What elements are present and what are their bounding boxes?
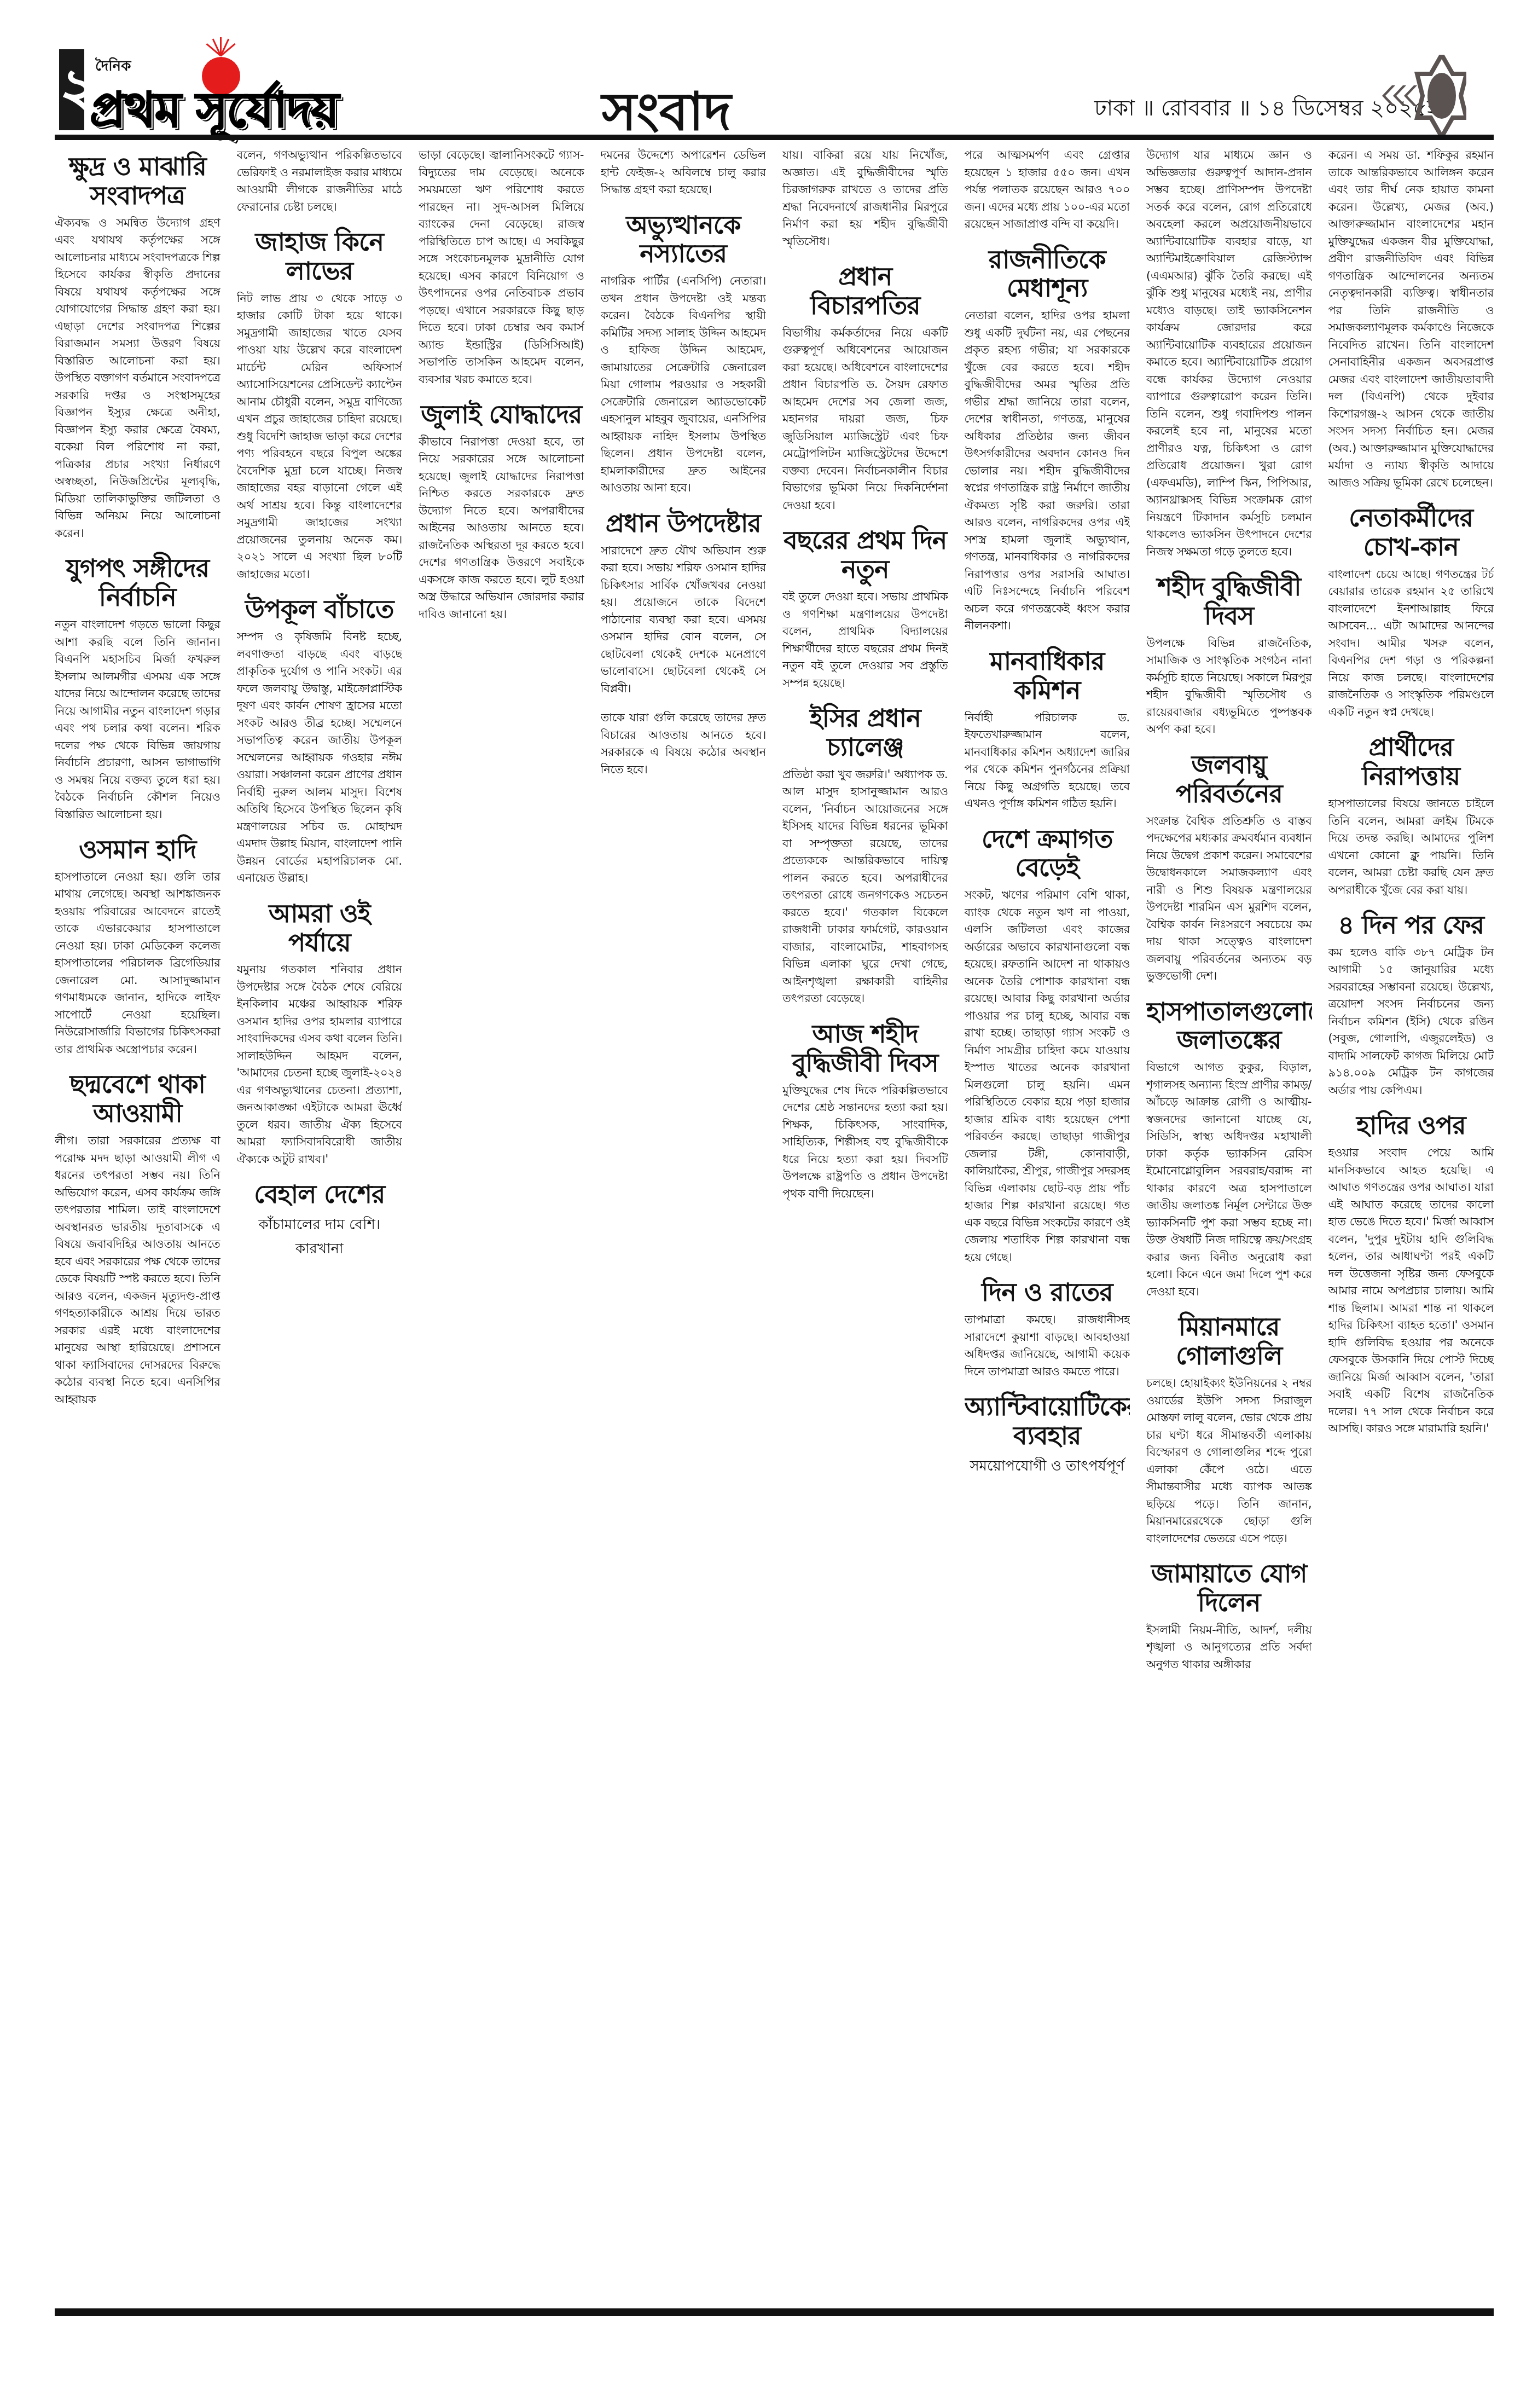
newspaper-page: ২ দৈনিক প্রথম সূর্যোদয় সংবাদ ঢাকা ॥ রোব… bbox=[55, 0, 1494, 2408]
story-body: মুক্তিযুদ্ধের শেষ দিকে পরিকল্পিতভাবে দেশ… bbox=[782, 1082, 948, 1203]
story: প্রধান বিচারপতির বিভাগীয় কর্মকর্তাদের ন… bbox=[782, 262, 948, 514]
story-body: সংকট, ঋণের পরিমাণ বেশি থাকা, ব্যাংক থেকে… bbox=[965, 887, 1130, 1266]
story-body: নতুন বাংলাদেশ গড়তে ভালো কিছুর আশা করছি … bbox=[55, 616, 220, 823]
story: হাসপাতালগুলোতে জলাতঙ্কের বিভাগে আগত কুকু… bbox=[1146, 997, 1312, 1301]
column-6: পরে আত্মসমর্পণ এবং গ্রেপ্তার হয়েছেন ১ হ… bbox=[965, 147, 1130, 2306]
article-columns: ক্ষুদ্র ও মাঝারি সংবাদপত্র ঐক্যবদ্ধ ও সম… bbox=[55, 147, 1494, 2306]
headline: শহীদ বুদ্ধিজীবী দিবস bbox=[1146, 572, 1312, 630]
masthead: ২ দৈনিক প্রথম সূর্যোদয় সংবাদ ঢাকা ॥ রোব… bbox=[55, 49, 1494, 131]
story: রাজনীতিকে মেধাশূন্য নেতারা বলেন, হাদির ও… bbox=[965, 245, 1130, 635]
story-body: ইসলামী নিয়ম-নীতি, আদর্শ, দলীয় শৃঙ্খলা … bbox=[1146, 1622, 1312, 1674]
story-body: ঐক্যবদ্ধ ও সমন্বিত উদ্যোগ গ্রহণ এবং যথায… bbox=[55, 215, 220, 542]
story-body: বাংলাদেশ চেয়ে আছে। গণতন্ত্রের টর্চ বেয়… bbox=[1328, 566, 1494, 721]
story-body: নিট লাভ প্রায় ৩ থেকে সাড়ে ৩ হাজার কোটি… bbox=[237, 290, 403, 583]
story-body: সারাদেশে দ্রুত যৌথ অভিযান শুরু করা হবে। … bbox=[601, 542, 767, 698]
story: যুগপৎ সঙ্গীদের নির্বাচনি নতুন বাংলাদেশ গ… bbox=[55, 554, 220, 823]
story-body: বই তুলে দেওয়া হবে। সভায় প্রাথমিক ও গণশ… bbox=[782, 588, 948, 692]
headline: জলবায়ু পরিবর্তনের bbox=[1146, 750, 1312, 808]
story: নেতাকর্মীদের চোখ-কান বাংলাদেশ চেয়ে আছে।… bbox=[1328, 503, 1494, 721]
story-body: হাসপাতালের বিষয়ে জানতে চাইলে তিনি বলেন,… bbox=[1328, 795, 1494, 899]
story: বেহাল দেশের কাঁচামালের দাম বেশি। কারখানা bbox=[237, 1180, 403, 1261]
column-7: উদ্যোগ যার মাধ্যমে জ্ঞান ও অভিজ্ঞতার গুর… bbox=[1146, 147, 1312, 2306]
column-5: যায়। বাকিরা রয়ে যায় নিখোঁজ, অজ্ঞাত। এ… bbox=[782, 147, 948, 2306]
headline: দিন ও রাতের bbox=[965, 1278, 1130, 1307]
story-body: কম হলেও বাকি ৩৮৭ মেট্রিক টন আগামী ১৫ জান… bbox=[1328, 944, 1494, 1099]
story: জলবায়ু পরিবর্তনের সংক্রান্ত বৈশ্বিক প্র… bbox=[1146, 750, 1312, 985]
story: জুলাই যোদ্ধাদের কীভাবে নিরাপত্তা দেওয়া … bbox=[419, 400, 584, 623]
story: ছদ্মবেশে থাকা আওয়ামী লীগ। তারা সরকারের … bbox=[55, 1070, 220, 1408]
story-body: প্রতিষ্ঠা করা খুব জরুরি।' অধ্যাপক ড. আল … bbox=[782, 766, 948, 1008]
headline: প্রার্থীদের নিরাপত্তায় bbox=[1328, 733, 1494, 791]
story-body: হাসপাতালে নেওয়া হয়। গুলি তার মাথায় লে… bbox=[55, 869, 220, 1058]
headline: রাজনীতিকে মেধাশূন্য bbox=[965, 245, 1130, 303]
story: জাহাজ কিনে লাভের নিট লাভ প্রায় ৩ থেকে স… bbox=[237, 228, 403, 583]
headline: আমরা ওই পর্যায়ে bbox=[237, 899, 403, 957]
story-body: বলেন, গণঅভ্যুত্থান পরিকল্পিতভাবে ভেরিফাই… bbox=[237, 147, 403, 216]
headline: দেশে ক্রমাগত বেড়েই bbox=[965, 825, 1130, 883]
headline: মানবাধিকার কমিশন bbox=[965, 647, 1130, 705]
story: ক্ষুদ্র ও মাঝারি সংবাদপত্র ঐক্যবদ্ধ ও সম… bbox=[55, 152, 220, 542]
column-4: দমনের উদ্দেশ্যে অপারেশন ডেভিল হান্ট ফেইজ… bbox=[601, 147, 767, 2306]
story-continuation: ভাড়া বেড়েছে। জ্বালানিসংকটে গ্যাস-বিদ্য… bbox=[419, 147, 584, 388]
page-number: ২ bbox=[59, 49, 84, 130]
story-body: বিভাগীয় কর্মকর্তাদের নিয়ে একটি গুরুত্ব… bbox=[782, 325, 948, 514]
story-body: করেন। এ সময় ডা. শফিকুর রহমান তাকে আন্তর… bbox=[1328, 147, 1494, 491]
story: প্রার্থীদের নিরাপত্তায় হাসপাতালের বিষয়… bbox=[1328, 733, 1494, 899]
headline: ৪ দিন পর ফের bbox=[1328, 911, 1494, 940]
story: হাদির ওপর হওয়ার সংবাদ পেয়ে আমি মানসিকভ… bbox=[1328, 1111, 1494, 1437]
story-body: তাপমাত্রা কমছে। রাজধানীসহ সারাদেশে কুয়া… bbox=[965, 1311, 1130, 1380]
story: মিয়ানমারে গোলাগুলি চলছে। হোয়াইক্যং ইউন… bbox=[1146, 1312, 1312, 1547]
headline: বছরের প্রথম দিন নতুন bbox=[782, 526, 948, 584]
headline: নেতাকর্মীদের চোখ-কান bbox=[1328, 503, 1494, 562]
headline: উপকূল বাঁচাতে bbox=[237, 595, 403, 624]
story: ৪ দিন পর ফের কম হলেও বাকি ৩৮৭ মেট্রিক টন… bbox=[1328, 911, 1494, 1099]
story-body: তাকে যারা গুলি করেছে তাদের দ্রুত বিচারের… bbox=[601, 709, 767, 778]
story: অ্যান্টিবায়োটিকের ব্যবহার সময়োপযোগী ও … bbox=[965, 1392, 1130, 1479]
story: মানবাধিকার কমিশন নির্বাহী পরিচালক ড. ইফত… bbox=[965, 647, 1130, 813]
story: ওসমান হাদি হাসপাতালে নেওয়া হয়। গুলি তা… bbox=[55, 835, 220, 1058]
story-body: নির্বাহী পরিচালক ড. ইফতেখারুজ্জামান বলেন… bbox=[965, 709, 1130, 813]
story-continuation: পরে আত্মসমর্পণ এবং গ্রেপ্তার হয়েছেন ১ হ… bbox=[965, 147, 1130, 233]
story-body: নেতারা বলেন, হাদির ওপর হামলা শুধু একটি দ… bbox=[965, 307, 1130, 635]
story: জামায়াতে যোগ দিলেন ইসলামী নিয়ম-নীতি, আ… bbox=[1146, 1559, 1312, 1673]
headline: প্রধান বিচারপতির bbox=[782, 262, 948, 320]
story-subline: সময়োপযোগী ও তাৎপর্যপূর্ণ bbox=[965, 1455, 1130, 1479]
header-rule bbox=[55, 135, 1494, 140]
headline: জুলাই যোদ্ধাদের bbox=[419, 400, 584, 429]
story-continuation: দমনের উদ্দেশ্যে অপারেশন ডেভিল হান্ট ফেইজ… bbox=[601, 147, 767, 199]
headline: মিয়ানমারে গোলাগুলি bbox=[1146, 1312, 1312, 1370]
story: অভ্যুত্থানকে নস্যাতের নাগরিক পার্টির (এন… bbox=[601, 211, 767, 497]
column-8: করেন। এ সময় ডা. শফিকুর রহমান তাকে আন্তর… bbox=[1328, 147, 1494, 2306]
story: শহীদ বুদ্ধিজীবী দিবস উপলক্ষে বিভিন্ন রাজ… bbox=[1146, 572, 1312, 738]
column-3: ভাড়া বেড়েছে। জ্বালানিসংকটে গ্যাস-বিদ্য… bbox=[419, 147, 584, 2306]
headline: ক্ষুদ্র ও মাঝারি সংবাদপত্র bbox=[55, 152, 220, 210]
story-body: বিভাগে আগত কুকুর, বিড়াল, শৃগালসহ অন্যান… bbox=[1146, 1059, 1312, 1300]
footer-rule bbox=[55, 2308, 1494, 2316]
story-body: ভাড়া বেড়েছে। জ্বালানিসংকটে গ্যাস-বিদ্য… bbox=[419, 147, 584, 388]
story: আজ শহীদ বুদ্ধিজীবী দিবস মুক্তিযুদ্ধের শে… bbox=[782, 1020, 948, 1202]
headline: হাসপাতালগুলোতে জলাতঙ্কের bbox=[1146, 997, 1312, 1055]
star-ornament-icon bbox=[1379, 55, 1466, 137]
story-continuation: উদ্যোগ যার মাধ্যমে জ্ঞান ও অভিজ্ঞতার গুর… bbox=[1146, 147, 1312, 560]
story-body: যায়। বাকিরা রয়ে যায় নিখোঁজ, অজ্ঞাত। এ… bbox=[782, 147, 948, 250]
story: বছরের প্রথম দিন নতুন বই তুলে দেওয়া হবে।… bbox=[782, 526, 948, 692]
story-body: নাগরিক পার্টির (এনসিপি) নেতারা। তখন প্রধ… bbox=[601, 273, 767, 497]
headline: জামায়াতে যোগ দিলেন bbox=[1146, 1559, 1312, 1617]
story: ইসির প্রধান চ্যালেঞ্জ প্রতিষ্ঠা করা খুব … bbox=[782, 704, 948, 1008]
headline: ইসির প্রধান চ্যালেঞ্জ bbox=[782, 704, 948, 762]
story: প্রধান উপদেষ্টার সারাদেশে দ্রুত যৌথ অভিয… bbox=[601, 509, 767, 697]
headline: যুগপৎ সঙ্গীদের নির্বাচনি bbox=[55, 554, 220, 612]
section-title: সংবাদ bbox=[602, 71, 731, 159]
story-body: উপলক্ষে বিভিন্ন রাজনৈতিক, সামাজিক ও সাংস… bbox=[1146, 635, 1312, 738]
headline: অভ্যুত্থানকে নস্যাতের bbox=[601, 211, 767, 269]
headline: ছদ্মবেশে থাকা আওয়ামী bbox=[55, 1070, 220, 1128]
story-continuation: তাকে যারা গুলি করেছে তাদের দ্রুত বিচারের… bbox=[601, 709, 767, 778]
headline: ওসমান হাদি bbox=[55, 835, 220, 864]
story-body: দমনের উদ্দেশ্যে অপারেশন ডেভিল হান্ট ফেইজ… bbox=[601, 147, 767, 199]
story: দিন ও রাতের তাপমাত্রা কমছে। রাজধানীসহ সা… bbox=[965, 1278, 1130, 1380]
story-body: সংক্রান্ত বৈশ্বিক প্রতিশ্রুতি ও বাস্তব প… bbox=[1146, 813, 1312, 985]
story-subline: কাঁচামালের দাম বেশি। কারখানা bbox=[237, 1213, 403, 1261]
story: আমরা ওই পর্যায়ে যমুনায় গতকাল শনিবার প্… bbox=[237, 899, 403, 1168]
story-continuation: বলেন, গণঅভ্যুত্থান পরিকল্পিতভাবে ভেরিফাই… bbox=[237, 147, 403, 216]
story-body: হওয়ার সংবাদ পেয়ে আমি মানসিকভাবে আহত হয… bbox=[1328, 1144, 1494, 1438]
newspaper-logo: দৈনিক প্রথম সূর্যোদয় bbox=[90, 54, 374, 130]
headline: আজ শহীদ বুদ্ধিজীবী দিবস bbox=[782, 1020, 948, 1078]
headline: জাহাজ কিনে লাভের bbox=[237, 228, 403, 286]
column-1: ক্ষুদ্র ও মাঝারি সংবাদপত্র ঐক্যবদ্ধ ও সম… bbox=[55, 147, 220, 2306]
logo-name: প্রথম সূর্যোদয় bbox=[90, 73, 338, 154]
headline: হাদির ওপর bbox=[1328, 1111, 1494, 1140]
headline: বেহাল দেশের bbox=[237, 1180, 403, 1209]
headline: প্রধান উপদেষ্টার bbox=[601, 509, 767, 538]
story-continuation: যায়। বাকিরা রয়ে যায় নিখোঁজ, অজ্ঞাত। এ… bbox=[782, 147, 948, 250]
story-body: কীভাবে নিরাপত্তা দেওয়া হবে, তা নিয়ে সর… bbox=[419, 433, 584, 623]
story-body: যমুনায় গতকাল শনিবার প্রধান উপদেষ্টার সঙ… bbox=[237, 961, 403, 1168]
story: দেশে ক্রমাগত বেড়েই সংকট, ঋণের পরিমাণ বে… bbox=[965, 825, 1130, 1266]
story-body: চলছে। হোয়াইক্যং ইউনিয়নের ২ নম্বর ওয়ার… bbox=[1146, 1375, 1312, 1547]
story: উপকূল বাঁচাতে সম্পদ ও কৃষিজমি বিনষ্ট হচ্… bbox=[237, 595, 403, 887]
headline: অ্যান্টিবায়োটিকের ব্যবহার bbox=[965, 1392, 1130, 1450]
story-body: উদ্যোগ যার মাধ্যমে জ্ঞান ও অভিজ্ঞতার গুর… bbox=[1146, 147, 1312, 560]
column-2: বলেন, গণঅভ্যুত্থান পরিকল্পিতভাবে ভেরিফাই… bbox=[237, 147, 403, 2306]
story-continuation: করেন। এ সময় ডা. শফিকুর রহমান তাকে আন্তর… bbox=[1328, 147, 1494, 491]
story-body: পরে আত্মসমর্পণ এবং গ্রেপ্তার হয়েছেন ১ হ… bbox=[965, 147, 1130, 233]
story-body: লীগ। তারা সরকারের প্রত্যক্ষ বা পরোক্ষ মদ… bbox=[55, 1132, 220, 1408]
story-body: সম্পদ ও কৃষিজমি বিনষ্ট হচ্ছে, লবণাক্ততা … bbox=[237, 628, 403, 887]
